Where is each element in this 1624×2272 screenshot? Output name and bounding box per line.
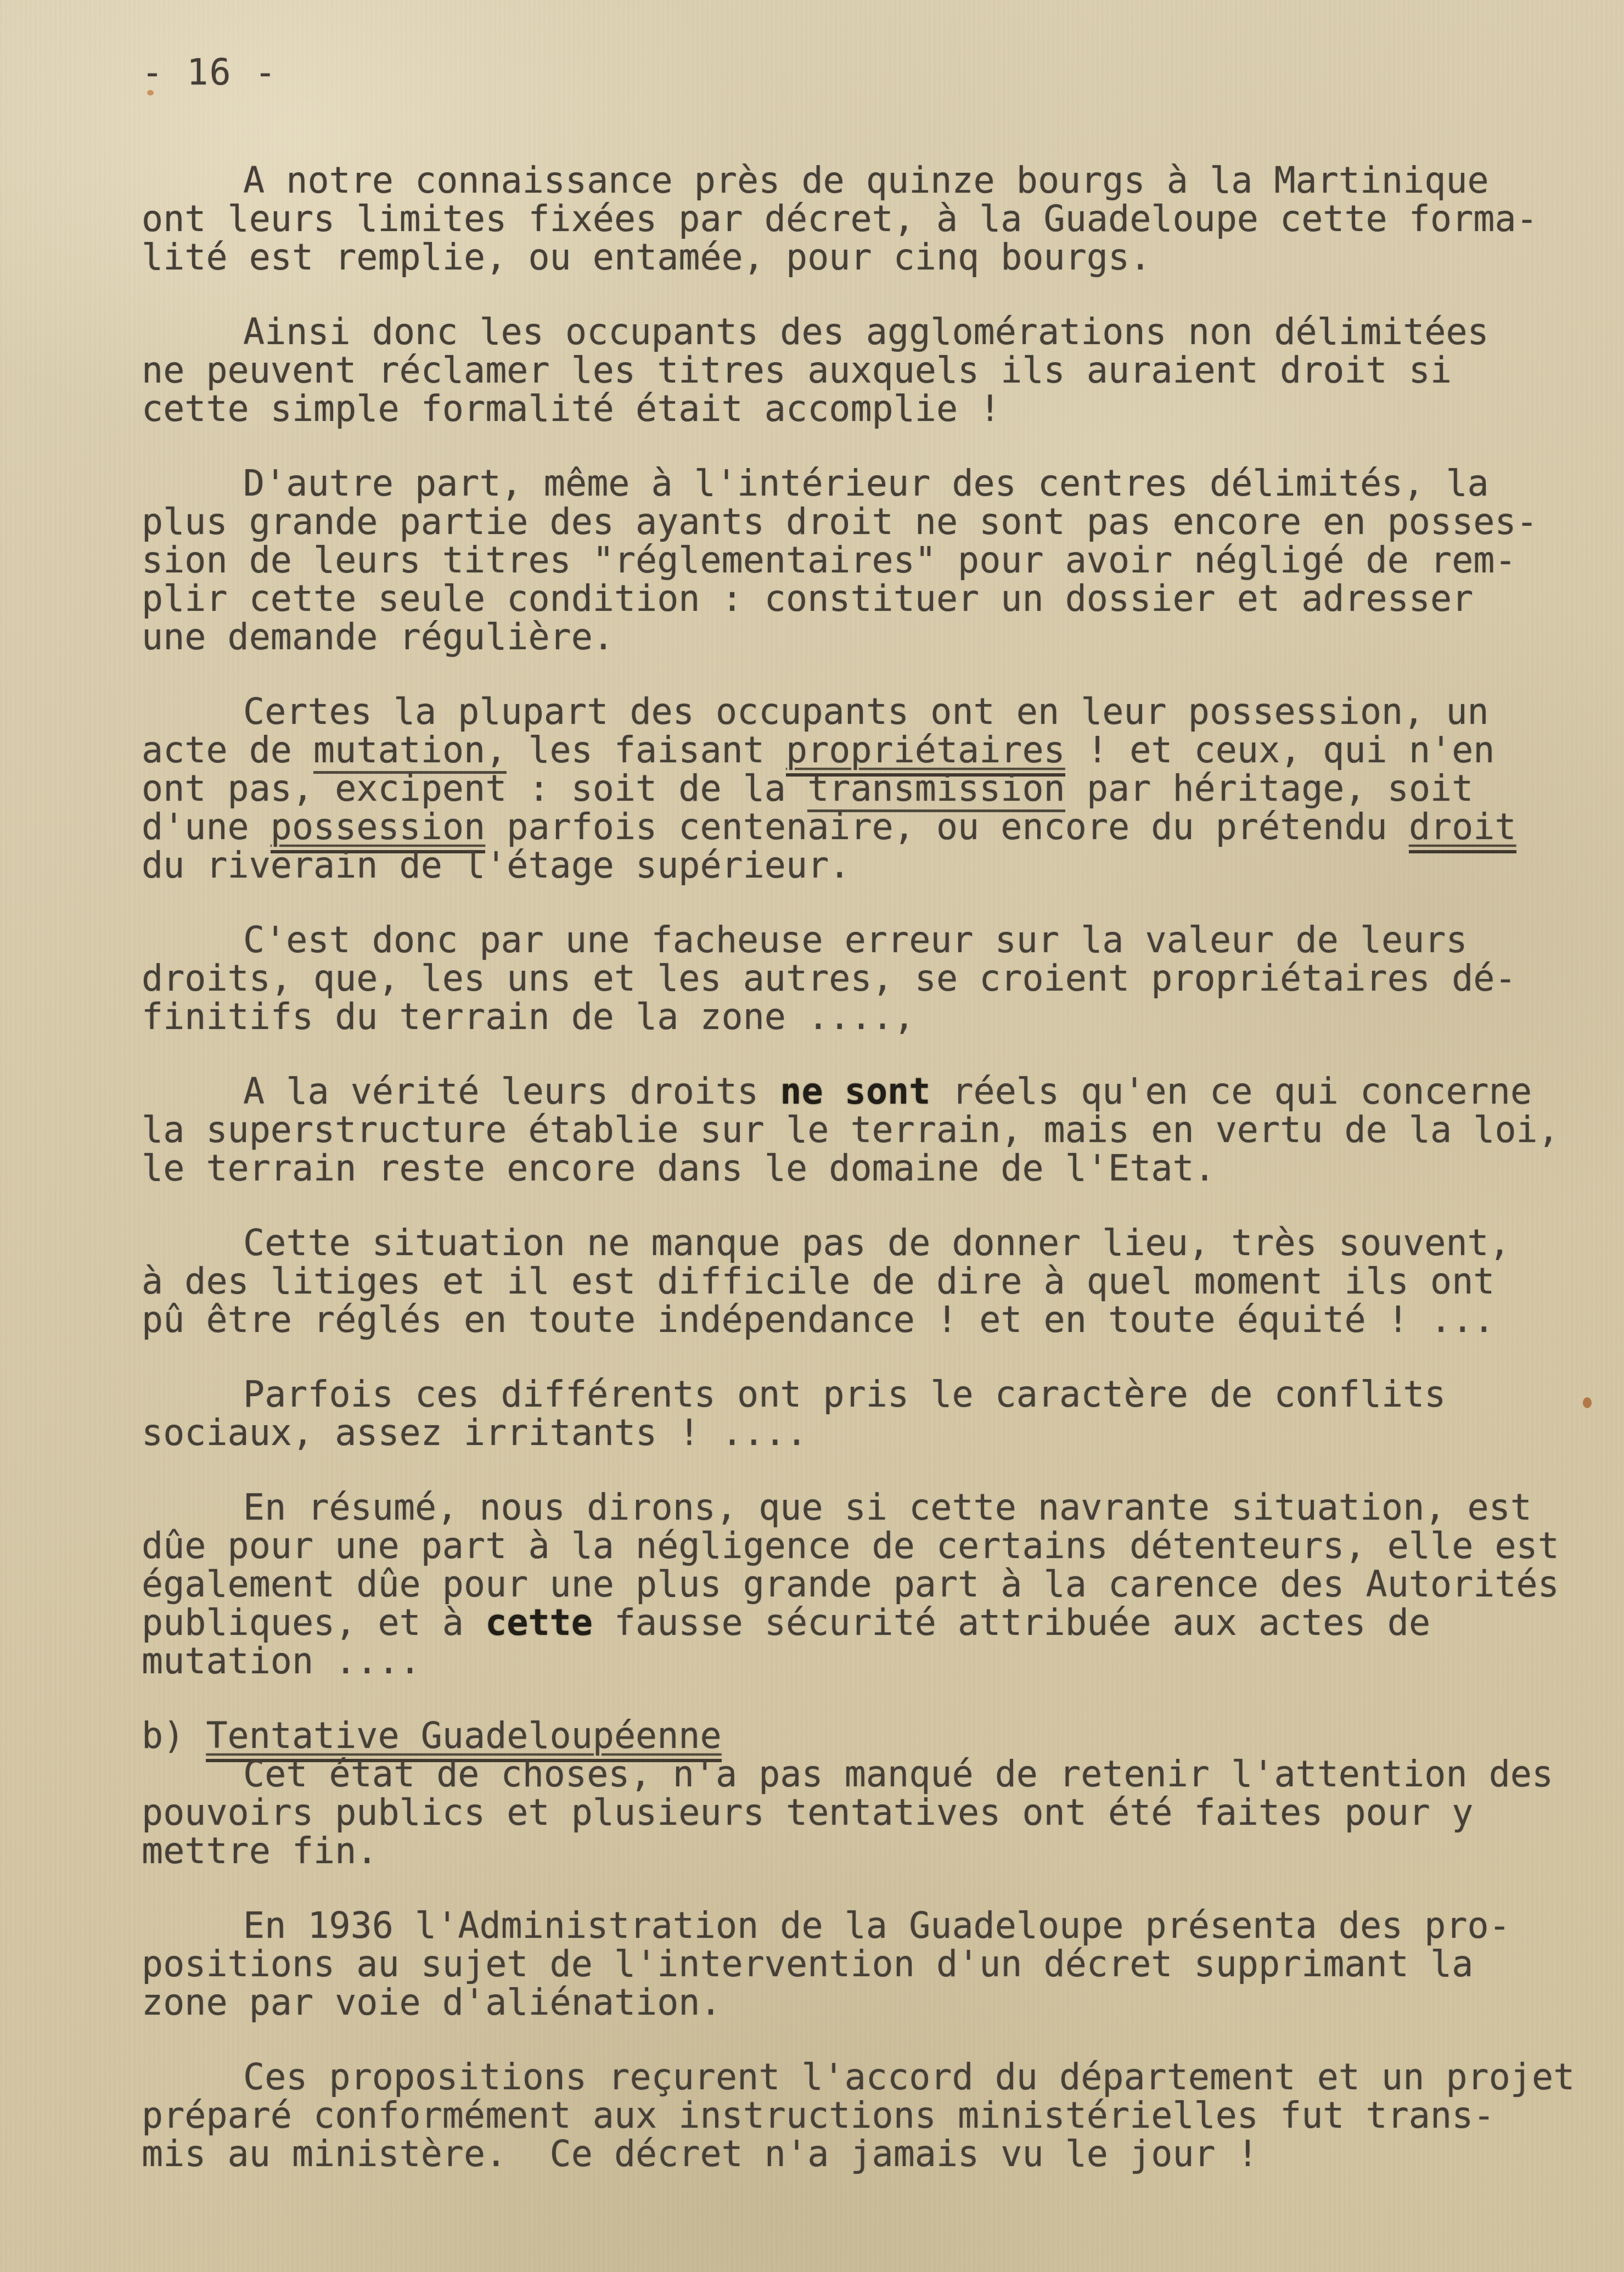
text-line: Parfois ces différents ont pris le carac… [142,1376,1591,1414]
text-line: Cette situation ne manque pas de donner … [142,1224,1591,1263]
text-run: Certes la plupart des occupants ont en l… [243,691,1489,733]
text-line: A notre connaissance près de quinze bour… [142,162,1591,200]
emphasized-text: cette [485,1602,593,1644]
text-line: la superstructure établie sur le terrain… [142,1111,1591,1150]
paragraph: Certes la plupart des occupants ont en l… [142,693,1591,885]
text-line: d'une possession parfois centenaire, ou … [142,808,1591,847]
text-line: D'autre part, même à l'intérieur des cen… [142,465,1591,503]
text-line: pû être réglés en toute indépendance ! e… [142,1301,1591,1340]
text-line: une demande régulière. [142,618,1591,657]
document-body: A notre connaissance près de quinze bour… [142,162,1591,2210]
text-line: ont leurs limites fixées par décret, à l… [142,200,1591,239]
text-line: du riverain de l'étage supérieur. [142,847,1591,885]
paragraph: A la vérité leurs droits ne sont réels q… [142,1073,1591,1188]
text-run: réels qu'en ce qui concerne [930,1071,1532,1112]
text-run: Parfois ces différents ont pris le carac… [243,1374,1446,1415]
text-line: cette simple formalité était accomplie ! [142,390,1591,429]
text-line: En résumé, nous dirons, que si cette nav… [142,1489,1591,1527]
text-run: publiques, et à [142,1602,485,1644]
text-run: lité est remplie, ou entamée, pour cinq … [142,237,1151,278]
emphasized-text: ne sont [780,1071,930,1112]
text-run: le terrain reste encore dans le domaine … [142,1148,1216,1189]
text-line: plir cette seule condition : constituer … [142,580,1591,618]
text-line: C'est donc par une facheuse erreur sur l… [142,921,1591,960]
text-line: publiques, et à cette fausse sécurité at… [142,1604,1591,1643]
underlined-text: droit [1409,807,1516,853]
text-run: droits, que, les uns et les autres, se c… [142,958,1516,999]
text-line: Ces propositions reçurent l'accord du dé… [142,2059,1591,2097]
text-run: Ainsi donc les occupants des agglomérati… [243,312,1489,353]
text-line: ne peuvent réclamer les titres auxquels … [142,352,1591,390]
text-run: acte de [142,730,313,771]
text-run: mutation .... [142,1641,421,1682]
text-line: lité est remplie, ou entamée, pour cinq … [142,239,1591,277]
text-run: fausse sécurité attribuée aux actes de [593,1602,1430,1644]
page-number: - 16 - [142,54,277,92]
text-line: sion de leurs titres "réglementaires" po… [142,542,1591,580]
text-run: Cet état de choses, n'a pas manqué de re… [243,1754,1553,1795]
underlined-text: transmission [807,768,1065,812]
text-run: finitifs du terrain de la zone ...., [142,997,915,1038]
text-run: sociaux, assez irritants ! .... [142,1413,807,1454]
text-line: mutation .... [142,1643,1591,1681]
text-line: pouvoirs publics et plusieurs tentatives… [142,1794,1591,1832]
text-run: zone par voie d'aliénation. [142,1982,722,2023]
text-run: les faisant [507,730,786,771]
paragraph: Ainsi donc les occupants des agglomérati… [142,313,1591,429]
text-run: par héritage, soit [1065,768,1474,809]
paragraph: Ces propositions reçurent l'accord du dé… [142,2059,1591,2174]
text-run: D'autre part, même à l'intérieur des cen… [243,463,1489,504]
section-heading: b) Tentative Guadeloupéenne [142,1717,1591,1756]
text-line: mis au ministère. Ce décret n'a jamais v… [142,2135,1591,2174]
text-line: En 1936 l'Administration de la Guadeloup… [142,1907,1591,1945]
text-run: En résumé, nous dirons, que si cette nav… [243,1487,1532,1528]
paragraph: D'autre part, même à l'intérieur des cen… [142,465,1591,657]
paragraph: Cet état de choses, n'a pas manqué de re… [142,1756,1591,1871]
underlined-text: mutation, [313,730,507,774]
paragraph: Parfois ces différents ont pris le carac… [142,1376,1591,1453]
text-run: sion de leurs titres "réglementaires" po… [142,540,1516,581]
text-run: Ces propositions reçurent l'accord du dé… [243,2057,1575,2098]
text-run: une demande régulière. [142,617,614,658]
text-run: du riverain de l'étage supérieur. [142,845,850,886]
text-line: également dûe pour une plus grande part … [142,1566,1591,1604]
text-run: cette simple formalité était accomplie ! [142,389,1001,430]
paragraph: C'est donc par une facheuse erreur sur l… [142,921,1591,1037]
text-line: Ainsi donc les occupants des agglomérati… [142,313,1591,352]
text-line: A la vérité leurs droits ne sont réels q… [142,1073,1591,1111]
text-run: ont pas, excipent : soit de la [142,768,807,809]
paper-speck [147,90,154,95]
paragraph: En 1936 l'Administration de la Guadeloup… [142,1907,1591,2022]
text-run: positions au sujet de l'intervention d'u… [142,1944,1473,1985]
text-line: Cet état de choses, n'a pas manqué de re… [142,1756,1591,1794]
text-run: plir cette seule condition : constituer … [142,578,1473,620]
text-line: acte de mutation, les faisant propriétai… [142,732,1591,770]
text-line: plus grande partie des ayants droit ne s… [142,503,1591,542]
text-run: ne peuvent réclamer les titres auxquels … [142,350,1452,391]
text-line: droits, que, les uns et les autres, se c… [142,960,1591,998]
text-run: ! et ceux, qui n'en [1065,730,1495,771]
text-run: plus grande partie des ayants droit ne s… [142,502,1538,543]
text-run: parfois centenaire, ou encore du prétend… [485,807,1409,848]
paper-speck [1583,1397,1592,1408]
text-run: pouvoirs publics et plusieurs tentatives… [142,1792,1473,1834]
text-run: En 1936 l'Administration de la Guadeloup… [243,1905,1510,1947]
text-run: la superstructure établie sur le terrain… [142,1110,1559,1151]
text-run: mettre fin. [142,1831,378,1872]
paragraph: Cette situation ne manque pas de donner … [142,1224,1591,1340]
text-run: d'une [142,807,271,848]
text-line: ont pas, excipent : soit de la transmiss… [142,770,1591,808]
text-run: A la vérité leurs droits [243,1071,780,1112]
text-run: à des litiges et il est difficile de dir… [142,1261,1494,1302]
text-line: dûe pour une part à la négligence de cer… [142,1527,1591,1566]
paragraph: En résumé, nous dirons, que si cette nav… [142,1489,1591,1681]
scanned-page: - 16 - A notre connaissance près de quin… [0,0,1624,2272]
text-run: mis au ministère. Ce décret n'a jamais v… [142,2134,1258,2175]
text-run: préparé conformément aux instructions mi… [142,2095,1494,2136]
text-line: b) Tentative Guadeloupéenne [142,1717,1591,1756]
text-run: ont leurs limites fixées par décret, à l… [142,199,1538,240]
text-run: b) [142,1716,206,1757]
text-run: C'est donc par une facheuse erreur sur l… [243,920,1468,961]
text-run: pû être réglés en toute indépendance ! e… [142,1300,1494,1341]
text-run: dûe pour une part à la négligence de cer… [142,1526,1559,1567]
text-run: Cette situation ne manque pas de donner … [243,1223,1510,1264]
text-line: finitifs du terrain de la zone ...., [142,998,1591,1037]
text-line: zone par voie d'aliénation. [142,1984,1591,2022]
paragraph: A notre connaissance près de quinze bour… [142,162,1591,277]
text-run: également dûe pour une plus grande part … [142,1564,1559,1605]
text-line: le terrain reste encore dans le domaine … [142,1150,1591,1188]
text-line: préparé conformément aux instructions mi… [142,2097,1591,2135]
text-line: sociaux, assez irritants ! .... [142,1414,1591,1453]
text-line: à des litiges et il est difficile de dir… [142,1263,1591,1301]
text-line: Certes la plupart des occupants ont en l… [142,693,1591,732]
text-line: positions au sujet de l'intervention d'u… [142,1945,1591,1984]
text-run: A notre connaissance près de quinze bour… [243,160,1489,201]
text-line: mettre fin. [142,1832,1591,1871]
